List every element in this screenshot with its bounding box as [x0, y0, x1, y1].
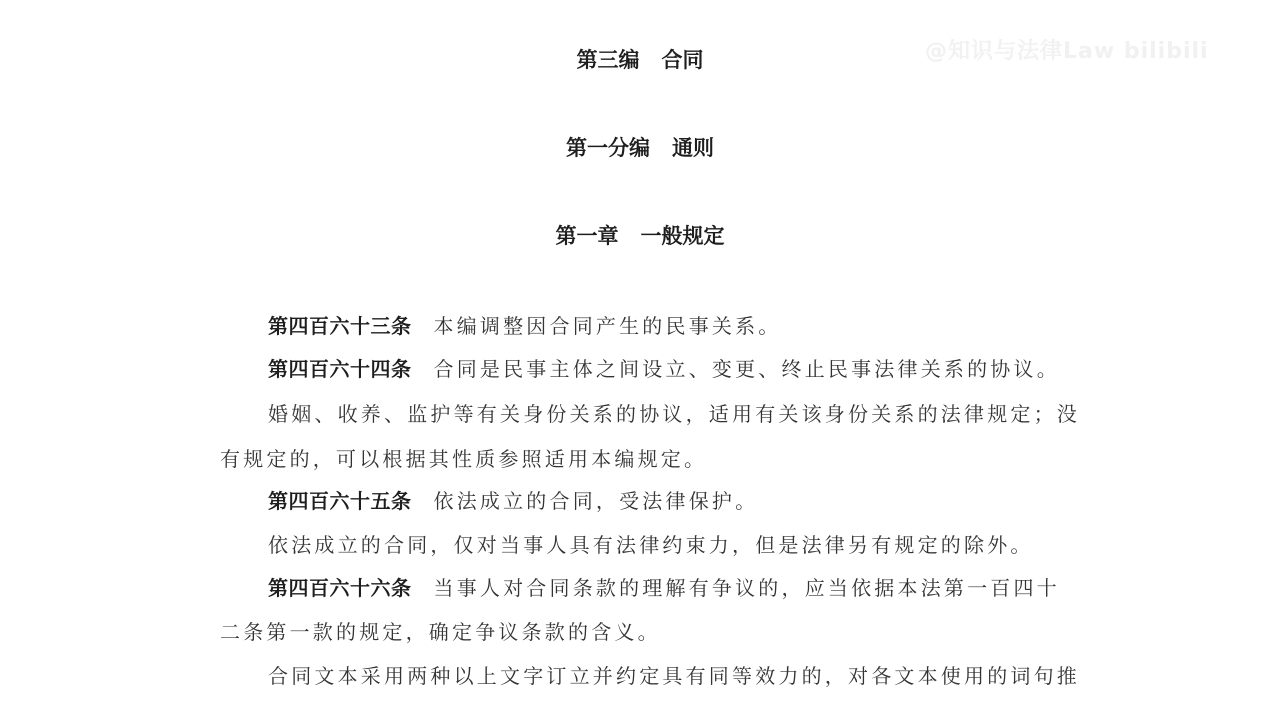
paragraph-line: 依法成立的合同，仅对当事人具有法律约束力，但是法律另有规定的除外。 — [268, 529, 1034, 558]
part-label: 第三编 — [577, 48, 640, 72]
article-465: 第四百六十五条依法成立的合同，受法律保护。 — [268, 485, 758, 514]
article-text: 当事人对合同条款的理解有争议的，应当依据本法第一百四十 — [434, 576, 1060, 600]
subpart-heading: 第一分编通则 — [0, 132, 1280, 162]
article-number: 第四百六十五条 — [268, 489, 412, 513]
article-number: 第四百六十六条 — [268, 576, 412, 600]
part-heading: 第三编合同 — [0, 44, 1280, 74]
paragraph-line: 合同文本采用两种以上文字订立并约定具有同等效力的，对各文本使用的词句推 — [268, 660, 1080, 689]
part-title: 合同 — [662, 48, 704, 72]
article-text: 本编调整因合同产生的民事关系。 — [434, 314, 782, 338]
article-number: 第四百六十三条 — [268, 314, 412, 338]
article-text: 合同是民事主体之间设立、变更、终止民事法律关系的协议。 — [434, 357, 1060, 381]
article-464: 第四百六十四条合同是民事主体之间设立、变更、终止民事法律关系的协议。 — [268, 353, 1060, 382]
paragraph-line: 有规定的，可以根据其性质参照适用本编规定。 — [220, 443, 707, 472]
subpart-title: 通则 — [672, 136, 714, 160]
chapter-heading: 第一章一般规定 — [0, 220, 1280, 250]
article-463: 第四百六十三条本编调整因合同产生的民事关系。 — [268, 310, 782, 339]
paragraph-line: 二条第一款的规定，确定争议条款的含义。 — [220, 616, 661, 645]
article-number: 第四百六十四条 — [268, 357, 412, 381]
chapter-label: 第一章 — [556, 224, 619, 248]
subpart-label: 第一分编 — [566, 136, 650, 160]
paragraph-line: 婚姻、收养、监护等有关身份关系的协议，适用有关该身份关系的法律规定；没 — [268, 398, 1080, 427]
article-text: 依法成立的合同，受法律保护。 — [434, 489, 759, 513]
article-466: 第四百六十六条当事人对合同条款的理解有争议的，应当依据本法第一百四十 — [268, 572, 1060, 601]
chapter-title: 一般规定 — [641, 224, 725, 248]
